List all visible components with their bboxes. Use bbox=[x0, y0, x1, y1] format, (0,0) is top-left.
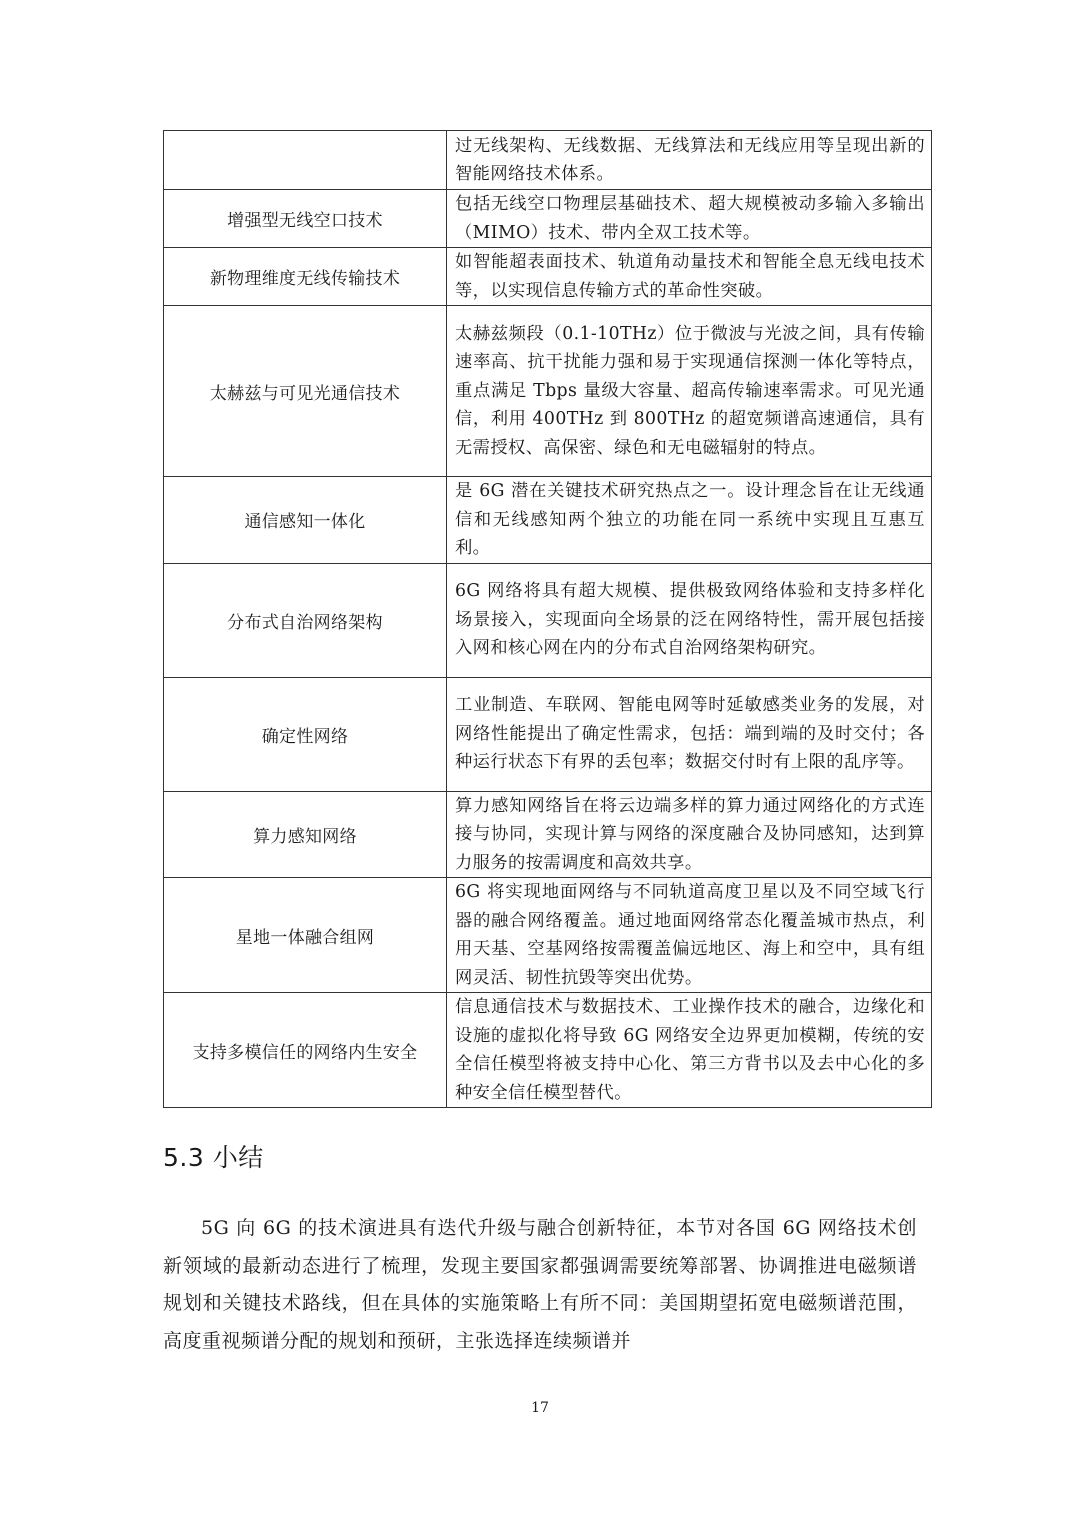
table-row: 过无线架构、无线数据、无线算法和无线应用等呈现出新的智能网络技术体系。 bbox=[164, 131, 932, 190]
page-number: 17 bbox=[0, 1400, 1080, 1416]
table-row: 新物理维度无线传输技术如智能超表面技术、轨道角动量技术和智能全息无线电技术等，以… bbox=[164, 248, 932, 306]
technology-name-cell: 增强型无线空口技术 bbox=[164, 190, 447, 248]
technology-description-cell: 算力感知网络旨在将云边端多样的算力通过网络化的方式连接与协同，实现计算与网络的深… bbox=[447, 791, 932, 878]
technology-name-cell bbox=[164, 131, 447, 190]
technology-description-cell: 6G 网络将具有超大规模、提供极致网络体验和支持多样化场景接入，实现面向全场景的… bbox=[447, 563, 932, 677]
technology-description-cell: 信息通信技术与数据技术、工业操作技术的融合，边缘化和设施的虚拟化将导致 6G 网… bbox=[447, 993, 932, 1108]
section-heading: 5.3 小结 bbox=[163, 1138, 264, 1174]
table-row: 星地一体融合组网6G 将实现地面网络与不同轨道高度卫星以及不同空域飞行器的融合网… bbox=[164, 878, 932, 993]
technology-description-cell: 包括无线空口物理层基础技术、超大规模被动多输入多输出（MIMO）技术、带内全双工… bbox=[447, 190, 932, 248]
technology-name-cell: 新物理维度无线传输技术 bbox=[164, 248, 447, 306]
technology-description-cell: 工业制造、车联网、智能电网等时延敏感类业务的发展，对网络性能提出了确定性需求，包… bbox=[447, 677, 932, 791]
technology-description-cell: 如智能超表面技术、轨道角动量技术和智能全息无线电技术等，以实现信息传输方式的革命… bbox=[447, 248, 932, 306]
table-row: 确定性网络工业制造、车联网、智能电网等时延敏感类业务的发展，对网络性能提出了确定… bbox=[164, 677, 932, 791]
technology-name-cell: 太赫兹与可见光通信技术 bbox=[164, 306, 447, 477]
technology-name-cell: 支持多模信任的网络内生安全 bbox=[164, 993, 447, 1108]
technology-name-cell: 通信感知一体化 bbox=[164, 477, 447, 564]
table-row: 分布式自治网络架构6G 网络将具有超大规模、提供极致网络体验和支持多样化场景接入… bbox=[164, 563, 932, 677]
table-row: 通信感知一体化是 6G 潜在关键技术研究热点之一。设计理念旨在让无线通信和无线感… bbox=[164, 477, 932, 564]
table-row: 算力感知网络算力感知网络旨在将云边端多样的算力通过网络化的方式连接与协同，实现计… bbox=[164, 791, 932, 878]
technology-description-cell: 太赫兹频段（0.1-10THz）位于微波与光波之间，具有传输速率高、抗干扰能力强… bbox=[447, 306, 932, 477]
table-row: 太赫兹与可见光通信技术太赫兹频段（0.1-10THz）位于微波与光波之间，具有传… bbox=[164, 306, 932, 477]
technology-table: 过无线架构、无线数据、无线算法和无线应用等呈现出新的智能网络技术体系。增强型无线… bbox=[163, 130, 932, 1108]
summary-paragraph: 5G 向 6G 的技术演进具有迭代升级与融合创新特征，本节对各国 6G 网络技术… bbox=[163, 1210, 917, 1360]
technology-description-cell: 过无线架构、无线数据、无线算法和无线应用等呈现出新的智能网络技术体系。 bbox=[447, 131, 932, 190]
technology-name-cell: 算力感知网络 bbox=[164, 791, 447, 878]
technology-name-cell: 确定性网络 bbox=[164, 677, 447, 791]
technology-description-cell: 6G 将实现地面网络与不同轨道高度卫星以及不同空域飞行器的融合网络覆盖。通过地面… bbox=[447, 878, 932, 993]
table-row: 支持多模信任的网络内生安全信息通信技术与数据技术、工业操作技术的融合，边缘化和设… bbox=[164, 993, 932, 1108]
table-row: 增强型无线空口技术包括无线空口物理层基础技术、超大规模被动多输入多输出（MIMO… bbox=[164, 190, 932, 248]
technology-description-cell: 是 6G 潜在关键技术研究热点之一。设计理念旨在让无线通信和无线感知两个独立的功… bbox=[447, 477, 932, 564]
technology-name-cell: 分布式自治网络架构 bbox=[164, 563, 447, 677]
technology-name-cell: 星地一体融合组网 bbox=[164, 878, 447, 993]
